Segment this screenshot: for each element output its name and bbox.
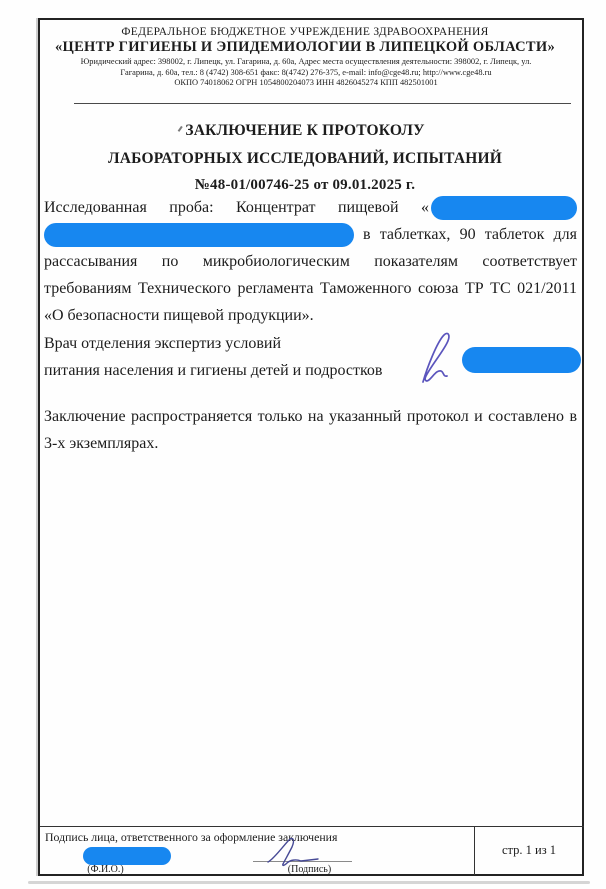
header-divider-line (74, 103, 571, 104)
paragraph-text: Исследованная проба: Концентрат пищевой … (44, 194, 429, 221)
org-address-line1: Юридический адрес: 398002, г. Липецк, ул… (52, 57, 560, 68)
conclusion-paragraph: Исследованная проба: Концентрат пищевой … (44, 194, 577, 329)
podpis-caption: (Подпись) (262, 864, 357, 875)
org-address-line3: ОКПО 74018062 ОГРН 1054800204073 ИНН 482… (52, 78, 560, 89)
closing-paragraph: Заключение распространяется только на ук… (44, 403, 577, 457)
redaction-pill (83, 847, 171, 865)
protocol-number-and-date: №48-01/00746-25 от 09.01.2025 г. (40, 177, 570, 194)
redaction-pill (431, 196, 577, 220)
scanned-document-page: ФЕДЕРАЛЬНОЕ БЮДЖЕТНОЕ УЧРЕЖДЕНИЕ ЗДРАВОО… (0, 0, 606, 889)
org-address-line2: Гагарина, д. 60а, тел.: 8 (4742) 308-651… (52, 68, 560, 79)
footer-table-top-border (40, 826, 584, 827)
closing-line2: 3-х экземплярах. (44, 430, 577, 457)
redaction-pill (462, 347, 581, 373)
paragraph-text: «О безопасности пищевой продукции». (44, 302, 577, 329)
paragraph-line: Исследованная проба: Концентрат пищевой … (44, 194, 577, 221)
org-name-line2: «ЦЕНТР ГИГИЕНЫ И ЭПИДЕМИОЛОГИИ В ЛИПЕЦКО… (40, 39, 570, 56)
document-title-line1: ЗАКЛЮЧЕНИЕ К ПРОТОКОЛУ (40, 122, 570, 140)
scan-edge-shadow (28, 881, 590, 884)
paragraph-text: в таблетках, 90 таблеток для (363, 221, 577, 248)
redaction-pill (44, 223, 354, 247)
paragraph-text: требованиям Технического регламента Тамо… (44, 275, 577, 302)
paragraph-text: рассасывания по микробиологическим показ… (44, 248, 577, 275)
closing-line1: Заключение распространяется только на ук… (44, 403, 577, 430)
doctor-signature-icon (416, 328, 460, 388)
document-title-line2: ЛАБОРАТОРНЫХ ИССЛЕДОВАНИЙ, ИСПЫТАНИЙ (40, 150, 570, 168)
fio-caption: (Ф.И.О.) (58, 864, 153, 875)
org-address-block: Юридический адрес: 398002, г. Липецк, ул… (52, 57, 560, 89)
footer-responsible-label: Подпись лица, ответственного за оформлен… (45, 830, 465, 845)
org-name-line1: ФЕДЕРАЛЬНОЕ БЮДЖЕТНОЕ УЧРЕЖДЕНИЕ ЗДРАВОО… (40, 26, 570, 38)
paragraph-line: в таблетках, 90 таблеток для (44, 221, 577, 248)
page-number: стр. 1 из 1 (475, 843, 583, 858)
footer-signature-icon (262, 835, 334, 867)
